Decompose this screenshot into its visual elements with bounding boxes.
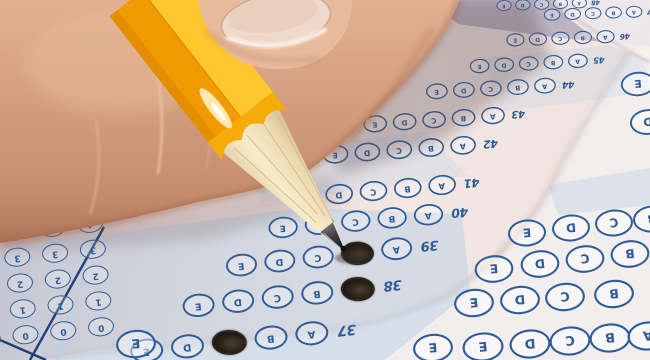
hand-and-pencil-layer [0, 0, 650, 360]
pencil-tip-shadow [335, 252, 369, 264]
photo-hand-filling-answer-sheet: 37ABDE38BCDE39ACDE40ABCDE41ABCDE42ABCDE4… [0, 0, 650, 360]
